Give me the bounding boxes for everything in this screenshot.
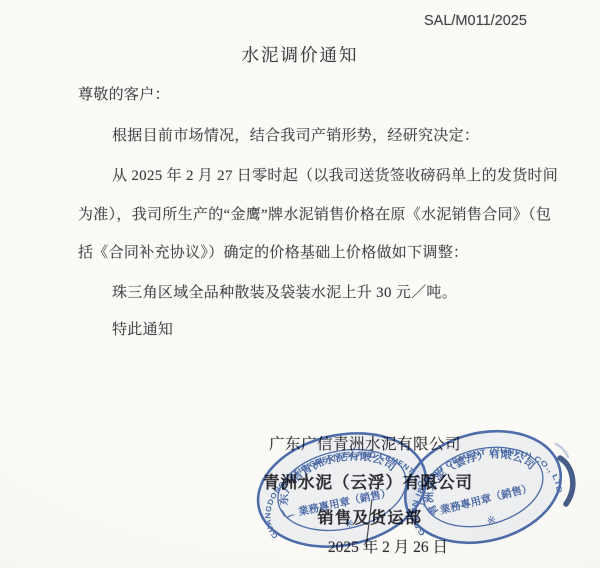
- body-line: 珠三角区域全品种散装及袋装水泥上升 30 元／吨。: [112, 281, 457, 302]
- salutation: 尊敬的客户：: [78, 83, 170, 104]
- body-line: 从 2025 年 2 月 27 日零时起（以我司送货签收磅码单上的发货时间: [112, 164, 558, 185]
- body-line: 根据目前市场情况，结合我司产销形势，经研究决定：: [112, 124, 479, 145]
- document-page: SAL/M011/2025 水泥调价通知 尊敬的客户： 根据目前市场情况，结合我…: [0, 0, 600, 568]
- signature-company-yunfu: 青洲水泥（云浮）有限公司: [250, 469, 486, 493]
- scanned-notice: SAL/M011/2025 水泥调价通知 尊敬的客户： 根据目前市场情况，结合我…: [0, 0, 600, 568]
- reference-number: SAL/M011/2025: [424, 13, 527, 29]
- closing-phrase: 特此通知: [112, 318, 173, 339]
- signature-department: 销售及货运部: [270, 505, 470, 528]
- signature-date: 2025 年 2 月 26 日: [288, 535, 488, 557]
- signature-company-parent: 广东广信青洲水泥有限公司: [250, 432, 480, 454]
- document-title: 水泥调价通知: [0, 42, 600, 67]
- body-line: 括《合同补充协议》）确定的价格基础上价格做如下调整：: [78, 241, 468, 262]
- body-line: 为准），我司所生产的“金鹰”牌水泥销售价格在原《水泥销售合同》（包: [78, 203, 551, 224]
